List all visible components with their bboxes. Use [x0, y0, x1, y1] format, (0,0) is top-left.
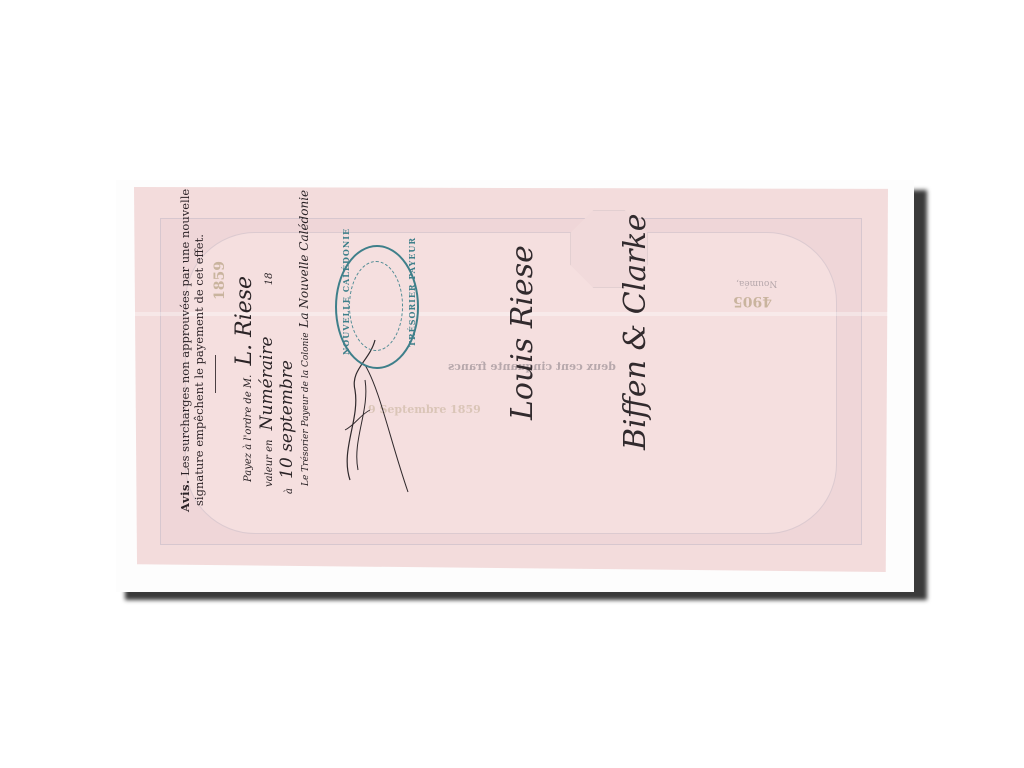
- pay-to-prefix: Payez à l'ordre de M.: [243, 375, 254, 482]
- colony-name: La Nouvelle Calédonie: [297, 190, 311, 328]
- year-suffix: 18: [264, 273, 275, 286]
- date-line: à 10 septembre: [277, 360, 297, 494]
- avis-line-1: Les surcharges non approuvées par une no…: [178, 189, 192, 476]
- stamp-text-top: TRÉSORIER PAYEUR: [407, 237, 417, 347]
- signature-biffen-clarke: Biffen & Clarke: [618, 214, 653, 450]
- treasury-stamp: TRÉSORIER PAYEUR NOUVELLE CALÉDONIE: [335, 245, 419, 369]
- value-prefix: valeur en: [264, 440, 275, 488]
- avis-label: Avis.: [178, 480, 192, 513]
- show-through-heading: Nouméa,: [736, 278, 777, 288]
- stamp-text-bottom: NOUVELLE CALÉDONIE: [341, 228, 351, 355]
- payee-name: L. Riese: [232, 276, 257, 366]
- treasurer-line: Le Trésorier Payeur de la Colonie La Nou…: [297, 190, 311, 486]
- avis-divider: [215, 355, 216, 393]
- avis-notice: Avis. Les surcharges non approuvées par …: [178, 189, 206, 512]
- show-through-number-right-text: 4905: [733, 293, 772, 309]
- stamp-inner-ring: [349, 261, 403, 351]
- endorsement-date: 10 septembre: [277, 360, 297, 479]
- signature-louis-riese: Louis Riese: [505, 245, 540, 420]
- show-through-number-left: 1859: [212, 261, 228, 300]
- place-date-prefix: à: [284, 488, 295, 494]
- value-line: valeur en Numéraire 18: [257, 273, 277, 488]
- value-type: Numéraire: [257, 336, 277, 430]
- treasurer-title: Le Trésorier Payeur de la Colonie: [301, 332, 311, 486]
- avis-line-2: signature empêchent le payement de cet e…: [192, 189, 206, 512]
- pay-to-line: Payez à l'ordre de M. L. Riese: [232, 276, 257, 482]
